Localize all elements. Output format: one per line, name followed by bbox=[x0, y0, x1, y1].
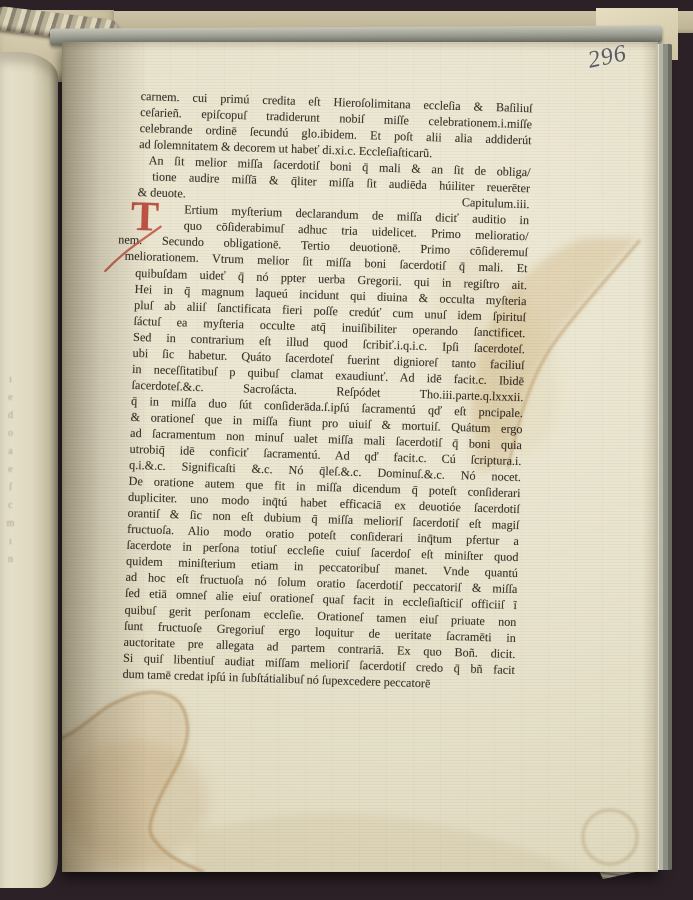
book-photo: ıedoaeſcmın 296 carnem. cui primú credit… bbox=[0, 0, 693, 900]
fore-edge-pages bbox=[656, 44, 672, 870]
facing-page: ıedoaeſcmın bbox=[0, 52, 58, 888]
text-block: carnem. cui primú credita eſt Hieroſolim… bbox=[122, 88, 532, 694]
folio-number: 296 bbox=[586, 40, 630, 75]
manuscript-page: 296 carnem. cui primú credita eſt Hieroſ… bbox=[62, 42, 658, 872]
facing-page-text-fragments: ıedoaeſcmın bbox=[0, 374, 16, 664]
initial-flourish-icon bbox=[103, 223, 169, 281]
